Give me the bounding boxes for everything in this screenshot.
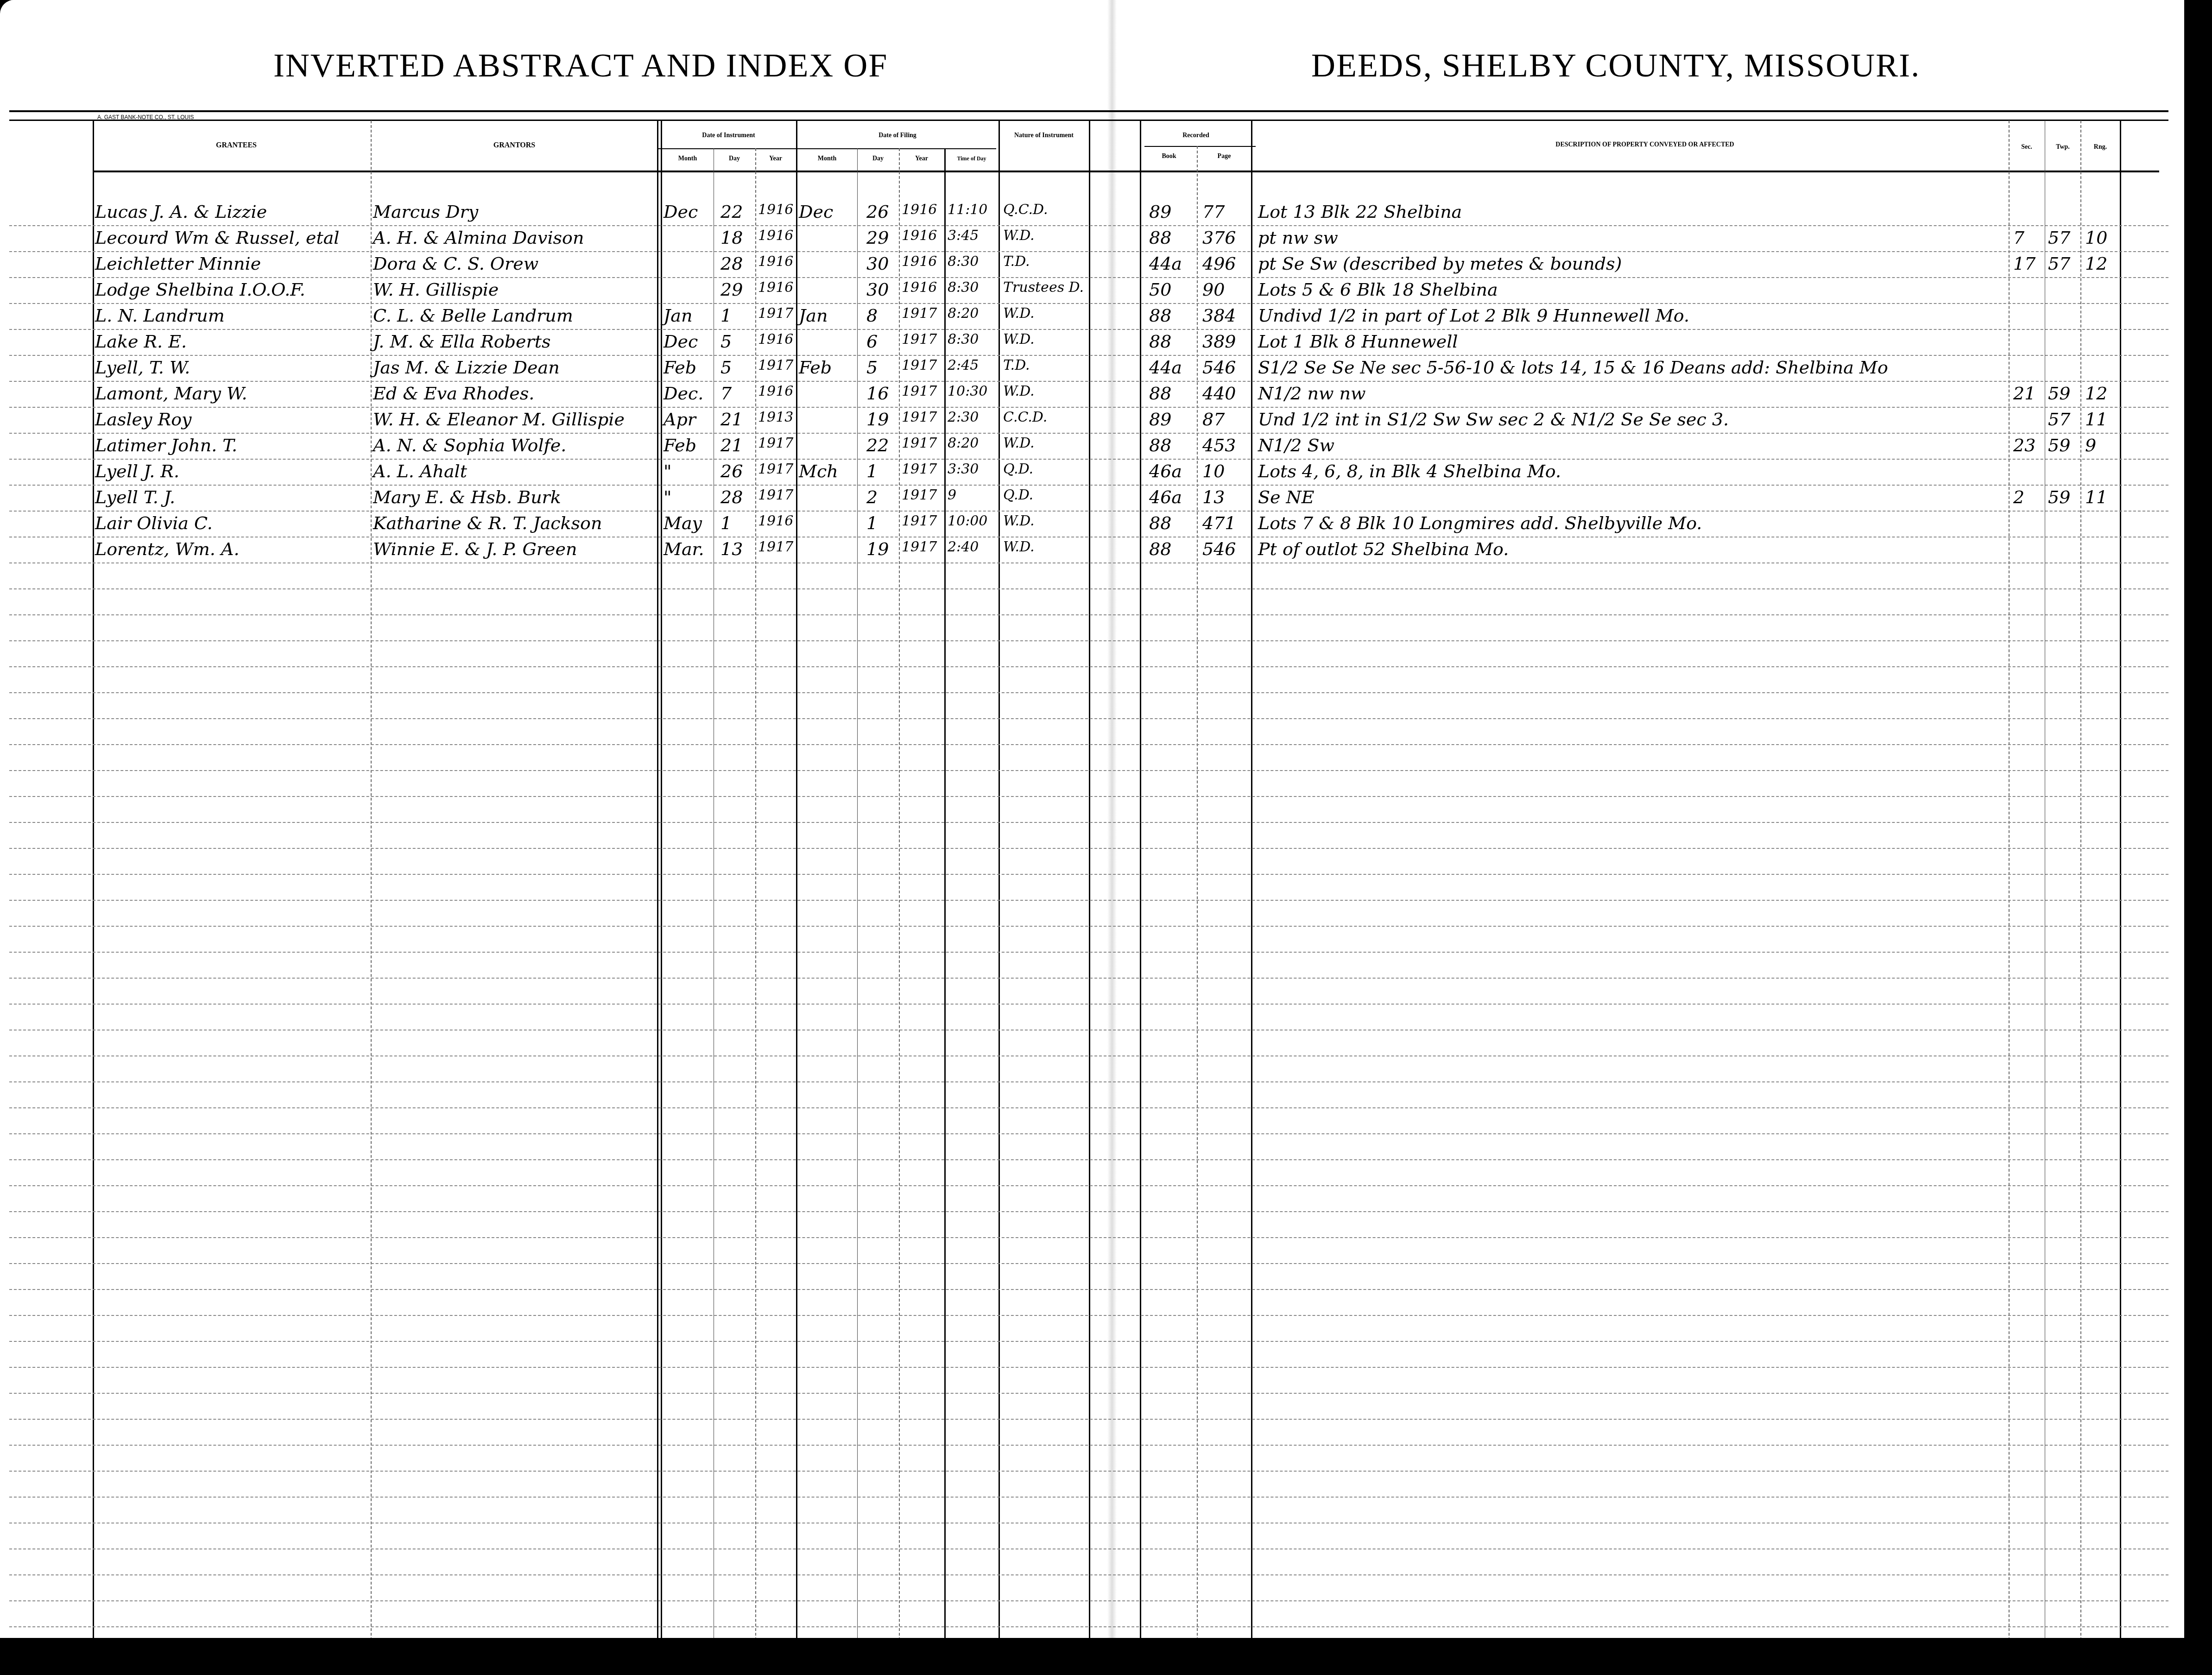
cell-grantor: Jas M. & Lizzie Dean (373, 359, 560, 376)
cell-inst-year: 1916 (758, 255, 793, 269)
row-rule (9, 1289, 2168, 1290)
cell-grantee: Lecourd Wm & Russel, etal (95, 229, 339, 247)
cell-inst-day: 13 (720, 540, 743, 558)
cell-nature: W.D. (1003, 540, 1035, 554)
cell-inst-year: 1917 (758, 540, 793, 554)
cell-grantee: Lyell, T. W. (95, 359, 190, 376)
cell-grantee: Lucas J. A. & Lizzie (95, 203, 267, 221)
cell-grantor: Ed & Eva Rhodes. (373, 385, 534, 402)
cell-fil-day: 1 (866, 462, 878, 480)
cell-nature: Q.D. (1003, 488, 1033, 502)
col-line (857, 148, 858, 1640)
header-date-of-filing: Date of Filing (798, 132, 997, 139)
cell-fil-day: 5 (866, 359, 878, 376)
cell-fil-day: 1 (866, 514, 878, 532)
row-rule (9, 511, 2168, 512)
cell-time: 2:40 (948, 540, 979, 554)
cell-nature: Trustees D. (1003, 281, 1084, 295)
cell-grantee: Latimer John. T. (95, 436, 237, 454)
cell-fil-year: 1916 (902, 281, 937, 295)
cell-inst-month: Feb (664, 359, 696, 376)
row-rule (9, 537, 2168, 537)
cell-fil-day: 30 (866, 255, 889, 272)
cell-fil-year: 1917 (902, 385, 937, 398)
header-description: DESCRIPTION OF PROPERTY CONVEYED OR AFFE… (1436, 141, 1853, 149)
row-rule (9, 225, 2168, 226)
row-rule (9, 1211, 2168, 1212)
col-line (371, 120, 372, 1640)
cell-grantor: W. H. Gillispie (373, 281, 499, 298)
cell-nature: W.D. (1003, 436, 1035, 450)
cell-fil-day: 19 (866, 411, 889, 428)
cell-page: 546 (1202, 359, 1236, 376)
cell-inst-month: Dec (664, 203, 698, 221)
cell-nature: W.D. (1003, 385, 1035, 398)
cell-nature: W.D. (1003, 229, 1035, 243)
col-line (657, 120, 658, 1640)
page-title-right: DEEDS, SHELBY COUNTY, MISSOURI. (1311, 46, 1920, 85)
cell-description: S1/2 Se Se Ne sec 5-56-10 & lots 14, 15 … (1258, 359, 1888, 376)
cell-fil-day: 2 (866, 488, 878, 506)
col-line (2120, 120, 2121, 1640)
cell-inst-month: " (664, 488, 671, 506)
cell-fil-year: 1917 (902, 462, 937, 476)
cell-grantee: L. N. Landrum (95, 307, 225, 324)
row-rule (9, 1367, 2168, 1368)
row-rule (9, 1626, 2168, 1627)
col-line (2045, 120, 2045, 1640)
cell-fil-day: 16 (866, 385, 889, 402)
cell-rng: 9 (2085, 436, 2096, 454)
cell-page: 453 (1202, 436, 1236, 454)
col-line (661, 120, 662, 1640)
cell-sec: 17 (2013, 255, 2035, 272)
cell-inst-year: 1917 (758, 307, 793, 321)
cell-description: Lots 5 & 6 Blk 18 Shelbina (1258, 281, 1498, 298)
cell-grantee: Leichletter Minnie (95, 255, 261, 272)
header-inst-year: Year (756, 155, 795, 163)
cell-fil-year: 1917 (902, 540, 937, 554)
cell-page: 376 (1202, 229, 1236, 247)
cell-fil-year: 1917 (902, 514, 937, 528)
cell-book: 88 (1149, 540, 1171, 558)
cell-fil-year: 1917 (902, 307, 937, 321)
cell-description: N1/2 Sw (1258, 436, 1334, 454)
cell-inst-year: 1917 (758, 462, 793, 476)
cell-fil-month: Dec (799, 203, 833, 221)
col-line (1197, 146, 1198, 1640)
cell-description: Lots 7 & 8 Blk 10 Longmires add. Shelbyv… (1258, 514, 1702, 532)
cell-description: Se NE (1258, 488, 1315, 506)
row-rule (9, 1030, 2168, 1030)
header-fil-month: Month (798, 155, 856, 163)
header-book: Book (1142, 153, 1196, 160)
row-rule (9, 1133, 2168, 1134)
cell-description: Lot 13 Blk 22 Shelbina (1258, 203, 1462, 221)
row-rule (9, 1081, 2168, 1082)
row-rule (9, 900, 2168, 901)
row-rule (9, 303, 2168, 304)
cell-fil-year: 1917 (902, 359, 937, 373)
cell-description: N1/2 nw nw (1258, 385, 1366, 402)
cell-time: 8:30 (948, 281, 979, 295)
cell-grantor: Katharine & R. T. Jackson (373, 514, 602, 532)
cell-time: 8:20 (948, 436, 979, 450)
row-rule (9, 433, 2168, 434)
cell-grantor: A. H. & Almina Davison (373, 229, 584, 247)
cell-book: 44a (1149, 255, 1182, 272)
cell-grantee: Lyell J. R. (95, 462, 179, 480)
cell-inst-year: 1916 (758, 514, 793, 528)
row-rule (9, 1263, 2168, 1264)
cell-rng: 10 (2085, 229, 2107, 247)
row-rule (9, 744, 2168, 745)
cell-twp: 57 (2048, 229, 2070, 247)
cell-nature: T.D. (1003, 255, 1030, 269)
row-rule (9, 796, 2168, 797)
cell-inst-year: 1916 (758, 203, 793, 217)
cell-grantee: Lodge Shelbina I.O.O.F. (95, 281, 305, 298)
row-rule (9, 1056, 2168, 1056)
col-line (1140, 120, 1141, 1640)
cell-inst-day: 5 (720, 333, 732, 350)
cell-time: 11:10 (948, 203, 987, 217)
cell-inst-day: 18 (720, 229, 743, 247)
cell-nature: W.D. (1003, 333, 1035, 347)
row-rule (9, 329, 2168, 330)
cell-sec: 7 (2013, 229, 2024, 247)
row-rule (9, 874, 2168, 875)
row-rule (9, 666, 2168, 667)
cell-book: 88 (1149, 514, 1171, 532)
cell-time: 2:30 (948, 411, 979, 424)
cell-description: Lot 1 Blk 8 Hunnewell (1258, 333, 1458, 350)
cell-page: 546 (1202, 540, 1236, 558)
cell-fil-day: 26 (866, 203, 889, 221)
cell-sec: 21 (2013, 385, 2035, 402)
row-rule (9, 251, 2168, 252)
cell-inst-day: 29 (720, 281, 743, 298)
cell-inst-month: " (664, 462, 671, 480)
cell-time: 9 (948, 488, 956, 502)
cell-nature: Q.D. (1003, 462, 1033, 476)
header-nature-of-instrument: Nature of Instrument (1001, 132, 1087, 139)
cell-description: pt nw sw (1258, 229, 1338, 247)
col-line (899, 148, 900, 1640)
cell-grantor: C. L. & Belle Landrum (373, 307, 573, 324)
cell-fil-year: 1917 (902, 488, 937, 502)
cell-description: Und 1/2 int in S1/2 Sw Sw sec 2 & N1/2 S… (1258, 411, 1729, 428)
cell-page: 384 (1202, 307, 1236, 324)
cell-inst-year: 1916 (758, 385, 793, 398)
cell-page: 87 (1202, 411, 1225, 428)
cell-inst-month: Mar. (664, 540, 704, 558)
cell-book: 88 (1149, 333, 1171, 350)
row-rule (9, 978, 2168, 979)
row-rule (9, 1393, 2168, 1394)
cell-fil-year: 1917 (902, 333, 937, 347)
cell-book: 44a (1149, 359, 1182, 376)
cell-grantor: Mary E. & Hsb. Burk (373, 488, 561, 506)
cell-book: 88 (1149, 385, 1171, 402)
cell-book: 89 (1149, 203, 1171, 221)
cell-grantor: Dora & C. S. Orew (373, 255, 538, 272)
row-rule (9, 1107, 2168, 1108)
row-rule (9, 614, 2168, 615)
row-rule (9, 1471, 2168, 1472)
row-rule (9, 1315, 2168, 1316)
book-spine (1107, 0, 1117, 1640)
row-rule (9, 459, 2168, 460)
header-rule-top (9, 110, 2168, 112)
cell-fil-year: 1917 (902, 411, 937, 424)
cell-inst-day: 28 (720, 488, 743, 506)
header-fil-day: Day (858, 155, 898, 163)
cell-time: 10:00 (948, 514, 987, 528)
cell-inst-day: 1 (720, 307, 732, 324)
cell-page: 77 (1202, 203, 1225, 221)
cell-rng: 11 (2085, 488, 2107, 506)
cell-inst-day: 5 (720, 359, 732, 376)
cell-twp: 57 (2048, 255, 2070, 272)
cell-description: Lots 4, 6, 8, in Blk 4 Shelbina Mo. (1258, 462, 1561, 480)
col-line (755, 148, 756, 1640)
row-rule (9, 1185, 2168, 1186)
cell-grantee: Lyell T. J. (95, 488, 175, 506)
cell-inst-month: Dec. (664, 385, 703, 402)
cell-inst-year: 1916 (758, 229, 793, 243)
cell-twp: 59 (2048, 488, 2070, 506)
header-inst-day: Day (714, 155, 754, 163)
row-rule (9, 692, 2168, 693)
row-rule (9, 718, 2168, 719)
col-line (93, 120, 94, 1640)
header-twp: Twp. (2046, 144, 2079, 151)
cell-inst-year: 1917 (758, 436, 793, 450)
cell-page: 471 (1202, 514, 1236, 532)
row-rule (9, 407, 2168, 408)
cell-fil-day: 19 (866, 540, 889, 558)
cell-fil-day: 6 (866, 333, 878, 350)
cell-fil-month: Jan (799, 307, 828, 324)
header-rule-bottom (93, 171, 2159, 172)
cell-book: 50 (1149, 281, 1171, 298)
cell-inst-day: 22 (720, 203, 743, 221)
cell-grantee: Lamont, Mary W. (95, 385, 247, 402)
row-rule (9, 588, 2168, 589)
cell-time: 10:30 (948, 385, 987, 398)
row-rule (9, 563, 2168, 563)
cell-nature: W.D. (1003, 307, 1035, 321)
cell-page: 440 (1202, 385, 1236, 402)
row-rule (9, 485, 2168, 486)
cell-time: 8:30 (948, 333, 979, 347)
cell-inst-month: Feb (664, 436, 696, 454)
cell-inst-year: 1913 (758, 411, 793, 424)
cell-time: 3:30 (948, 462, 979, 476)
ledger-book: INVERTED ABSTRACT AND INDEX OF DEEDS, SH… (0, 0, 2212, 1675)
cell-fil-year: 1917 (902, 436, 937, 450)
cell-sec: 2 (2013, 488, 2024, 506)
cell-grantor: A. N. & Sophia Wolfe. (373, 436, 566, 454)
cell-grantor: W. H. & Eleanor M. Gillispie (373, 411, 625, 428)
cell-time: 8:20 (948, 307, 979, 321)
cell-rng: 11 (2085, 411, 2107, 428)
cell-grantor: A. L. Ahalt (373, 462, 467, 480)
recorded-subheader-rule (1144, 146, 1256, 147)
cell-rng: 12 (2085, 255, 2107, 272)
row-rule (9, 1159, 2168, 1160)
cell-twp: 57 (2048, 411, 2070, 428)
cell-inst-day: 26 (720, 462, 743, 480)
cell-inst-year: 1916 (758, 281, 793, 295)
col-line (1089, 120, 1090, 1640)
header-grantees: GRANTEES (176, 141, 297, 150)
row-rule (9, 952, 2168, 953)
row-rule (9, 640, 2168, 641)
cell-inst-year: 1916 (758, 333, 793, 347)
cell-fil-day: 8 (866, 307, 878, 324)
cell-page: 13 (1202, 488, 1225, 506)
cell-time: 3:45 (948, 229, 979, 243)
cell-fil-month: Feb (799, 359, 832, 376)
row-rule (9, 1419, 2168, 1420)
cell-grantor: Winnie E. & J. P. Green (373, 540, 577, 558)
row-rule (9, 1237, 2168, 1238)
row-rule (9, 1549, 2168, 1549)
col-line (796, 120, 797, 1640)
row-rule (9, 355, 2168, 356)
cell-inst-day: 7 (720, 385, 732, 402)
cell-fil-day: 29 (866, 229, 889, 247)
cell-inst-day: 21 (720, 411, 743, 428)
col-line (2009, 120, 2010, 1640)
cell-time: 8:30 (948, 255, 979, 269)
row-rule (9, 1600, 2168, 1601)
row-rule (9, 381, 2168, 382)
cell-fil-day: 22 (866, 436, 889, 454)
cell-fil-year: 1916 (902, 229, 937, 243)
cell-fil-day: 30 (866, 281, 889, 298)
cell-nature: T.D. (1003, 359, 1030, 373)
row-rule (9, 926, 2168, 927)
scan-edge-bottom (0, 1638, 2212, 1675)
header-inst-month: Month (663, 155, 713, 163)
cell-book: 88 (1149, 436, 1171, 454)
header-fil-year: Year (900, 155, 943, 163)
row-rule (9, 1523, 2168, 1523)
cell-grantee: Lorentz, Wm. A. (95, 540, 239, 558)
cell-grantor: Marcus Dry (373, 203, 478, 221)
col-line (999, 120, 1000, 1640)
header-grantors: GRANTORS (454, 141, 575, 150)
cell-inst-month: May (664, 514, 702, 532)
cell-description: pt Se Sw (described by metes & bounds) (1258, 255, 1622, 272)
header-sec: Sec. (2010, 144, 2043, 151)
cell-inst-month: Dec (664, 333, 698, 350)
row-rule (9, 1497, 2168, 1498)
row-rule (9, 770, 2168, 771)
cell-description: Pt of outlot 52 Shelbina Mo. (1258, 540, 1509, 558)
cell-inst-day: 1 (720, 514, 732, 532)
col-line (2080, 120, 2081, 1640)
cell-page: 496 (1202, 255, 1236, 272)
cell-inst-month: Jan (664, 307, 692, 324)
cell-inst-day: 28 (720, 255, 743, 272)
cell-fil-month: Mch (799, 462, 838, 480)
row-rule (9, 1445, 2168, 1446)
cell-grantee: Lasley Roy (95, 411, 192, 428)
cell-book: 46a (1149, 488, 1182, 506)
row-rule (9, 1341, 2168, 1342)
cell-inst-day: 21 (720, 436, 743, 454)
cell-twp: 59 (2048, 385, 2070, 402)
cell-nature: W.D. (1003, 514, 1035, 528)
col-line (944, 148, 946, 1640)
cell-sec: 23 (2013, 436, 2035, 454)
scan-edge-right (2184, 0, 2212, 1675)
row-rule (9, 822, 2168, 823)
cell-nature: C.C.D. (1003, 411, 1047, 424)
cell-page: 90 (1202, 281, 1225, 298)
cell-fil-year: 1916 (902, 203, 937, 217)
row-rule (9, 277, 2168, 278)
cell-book: 46a (1149, 462, 1182, 480)
cell-grantor: J. M. & Ella Roberts (373, 333, 550, 350)
header-rng: Rng. (2082, 144, 2119, 151)
cell-fil-year: 1916 (902, 255, 937, 269)
header-recorded: Recorded (1142, 132, 1250, 139)
row-rule (9, 848, 2168, 849)
cell-rng: 12 (2085, 385, 2107, 402)
cell-grantee: Lake R. E. (95, 333, 187, 350)
cell-book: 88 (1149, 229, 1171, 247)
cell-grantee: Lair Olivia C. (95, 514, 213, 532)
cell-time: 2:45 (948, 359, 979, 373)
header-time-of-day: Time of Day (945, 155, 998, 162)
cell-inst-year: 1917 (758, 359, 793, 373)
header-page: Page (1198, 153, 1250, 160)
col-line (714, 148, 714, 1640)
cell-page: 389 (1202, 333, 1236, 350)
cell-page: 10 (1202, 462, 1225, 480)
cell-book: 89 (1149, 411, 1171, 428)
page-title-left: INVERTED ABSTRACT AND INDEX OF (273, 46, 888, 85)
col-line (1251, 120, 1252, 1640)
row-rule (9, 1004, 2168, 1005)
cell-book: 88 (1149, 307, 1171, 324)
cell-inst-year: 1917 (758, 488, 793, 502)
cell-twp: 59 (2048, 436, 2070, 454)
row-rule (9, 1574, 2168, 1575)
cell-description: Undivd 1/2 in part of Lot 2 Blk 9 Hunnew… (1258, 307, 1689, 324)
cell-inst-month: Apr (664, 411, 696, 428)
cell-nature: Q.C.D. (1003, 203, 1048, 217)
header-date-of-instrument: Date of Instrument (663, 132, 795, 139)
